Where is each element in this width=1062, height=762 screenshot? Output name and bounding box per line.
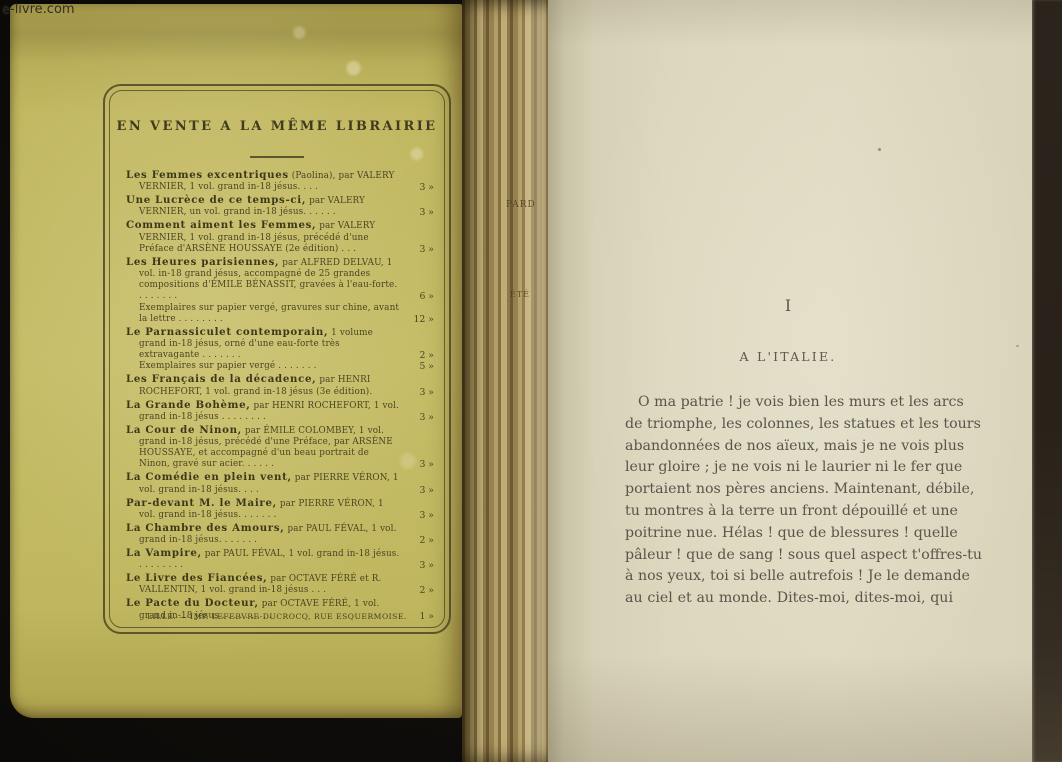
catalog-entry-text: La Chambre des Amours, par PAUL FÉVAL, 1… (126, 523, 400, 546)
catalog-entry-title: La Comédie en plein vent, (126, 471, 292, 483)
paragraph-line: O ma patrie ! je vois bien les murs et l… (625, 392, 953, 414)
paragraph-line: poitrine nue. Hélas ! que de blessures !… (625, 523, 953, 545)
catalog-entry-title: Comment aiment les Femmes, (126, 219, 316, 231)
catalog-entry-price: 3 » (419, 387, 434, 398)
catalog-entry-price: 3 » (419, 485, 434, 496)
paragraph-line: à nos yeux, toi si belle autrefois ! Je … (625, 566, 953, 588)
paragraph-line: au ciel et au monde. Dites-moi, dites-mo… (625, 588, 953, 610)
catalog-entry-main: Les Heures parisiennes, par ALFRED DELVA… (126, 257, 434, 303)
catalog-entry-sub-price: 5 » (419, 361, 434, 372)
catalog-entry-title: La Cour de Ninon, (126, 424, 242, 436)
left-cover-page: EN VENTE A LA MÊME LIBRAIRIE Les Femmes … (10, 4, 462, 718)
catalog-entry-title: La Grande Bohème, (126, 399, 251, 411)
catalog-entry-subline: Exemplaires sur papier vergé, gravures s… (126, 303, 434, 325)
catalog-entry-price: 3 » (419, 510, 434, 521)
catalog-entry: Les Femmes excentriques (Paolina), par V… (126, 170, 434, 193)
catalog-entry-text: Le Parnassiculet contemporain, 1 volume … (126, 327, 400, 362)
catalog-frame-outer: EN VENTE A LA MÊME LIBRAIRIE Les Femmes … (103, 84, 451, 634)
page-block-edge (1032, 0, 1062, 762)
catalog-entry-main: La Chambre des Amours, par PAUL FÉVAL, 1… (126, 523, 434, 546)
book-photo: EN VENTE A LA MÊME LIBRAIRIE Les Femmes … (0, 0, 1062, 762)
catalog-entry-main: Le Livre des Fiancées, par OCTAVE FÉRÉ e… (126, 573, 434, 596)
paragraph-line: leur gloire ; je ne vois ni le laurier n… (625, 457, 953, 479)
catalog-entry-sub-text: Exemplaires sur papier vergé, gravures s… (139, 303, 399, 324)
catalog-entry-text: Comment aiment les Femmes, par VALERY VE… (126, 220, 400, 255)
catalog-entry-main: Comment aiment les Femmes, par VALERY VE… (126, 220, 434, 255)
header-divider (250, 156, 304, 158)
catalog-entry-price: 3 » (419, 207, 434, 218)
paragraph-line: portaient nos pères anciens. Maintenant,… (625, 479, 953, 501)
catalog-entry-text: La Comédie en plein vent, par PIERRE VÉR… (126, 472, 400, 495)
watermark-label: e-livre.com (2, 2, 75, 17)
catalog-entry: La Vampire, par PAUL FÉVAL, 1 vol. grand… (126, 548, 434, 571)
catalog-entry-text: Les Français de la décadence, par HENRI … (126, 374, 400, 397)
catalog-entry: Comment aiment les Femmes, par VALERY VE… (126, 220, 434, 255)
spine-text-fragment: PARD (506, 200, 536, 210)
catalog-entry-title: Les Heures parisiennes, (126, 256, 279, 268)
catalog-entry-text: Les Femmes excentriques (Paolina), par V… (126, 170, 400, 193)
printer-imprint: LILLE. — IMP. LEFEBVRE-DUCROCQ, RUE ESQU… (110, 612, 444, 621)
catalog-entry-title: Le Pacte du Docteur, (126, 597, 259, 609)
catalog-header: EN VENTE A LA MÊME LIBRAIRIE (110, 119, 444, 134)
catalog-entry-title: Les Femmes excentriques (126, 169, 289, 181)
catalog-entry-text: Par-devant M. le Maire, par PIERRE VÉRON… (126, 498, 400, 521)
catalog-entry-price: 3 » (419, 182, 434, 193)
catalog-entry-main: Par-devant M. le Maire, par PIERRE VÉRON… (126, 498, 434, 521)
catalog-entry: Les Français de la décadence, par HENRI … (126, 374, 434, 397)
catalog-entry-title: Le Parnassiculet contemporain, (126, 326, 328, 338)
catalog-entry-text: Une Lucrèce de ce temps-ci, par VALERY V… (126, 195, 400, 218)
section-title: A L'ITALIE. (623, 349, 953, 364)
spine-text-fragment: ÉTÉ (510, 290, 530, 299)
catalog-entry-text: La Vampire, par PAUL FÉVAL, 1 vol. grand… (126, 548, 400, 571)
catalog-entry-main: Les Femmes excentriques (Paolina), par V… (126, 170, 434, 193)
catalog-entry-price: 3 » (419, 459, 434, 470)
paper-speck (1016, 345, 1019, 347)
catalog-entry: Les Heures parisiennes, par ALFRED DELVA… (126, 257, 434, 325)
catalog-entry-title: La Vampire, (126, 547, 202, 559)
catalog-entry-subline: Exemplaires sur papier vergé . . . . . .… (126, 361, 434, 372)
catalog-entry-text: La Grande Bohème, par HENRI ROCHEFORT, 1… (126, 400, 400, 423)
catalog-entry-main: Le Parnassiculet contemporain, 1 volume … (126, 327, 434, 362)
catalog-entry-text: Les Heures parisiennes, par ALFRED DELVA… (126, 257, 400, 303)
catalog-entry-title: La Chambre des Amours, (126, 522, 285, 534)
catalog-entry-price: 3 » (419, 412, 434, 423)
catalog-entry-title: Le Livre des Fiancées, (126, 572, 267, 584)
catalog-entry: La Grande Bohème, par HENRI ROCHEFORT, 1… (126, 400, 434, 423)
catalog-entry-main: La Grande Bohème, par HENRI ROCHEFORT, 1… (126, 400, 434, 423)
catalog-entry-title: Par-devant M. le Maire, (126, 497, 277, 509)
catalog-entry-price: 3 » (419, 244, 434, 255)
catalog-entry: La Comédie en plein vent, par PIERRE VÉR… (126, 472, 434, 495)
catalog-entry-price: 2 » (419, 585, 434, 596)
catalog-entry: Une Lucrèce de ce temps-ci, par VALERY V… (126, 195, 434, 218)
catalog-entry: La Chambre des Amours, par PAUL FÉVAL, 1… (126, 523, 434, 546)
catalog-frame-inner: EN VENTE A LA MÊME LIBRAIRIE Les Femmes … (109, 90, 445, 628)
catalog-entry-main: La Vampire, par PAUL FÉVAL, 1 vol. grand… (126, 548, 434, 571)
catalog-entry-main: Les Français de la décadence, par HENRI … (126, 374, 434, 397)
paragraph-line: pâleur ! que de sang ! sous quel aspect … (625, 545, 953, 567)
catalog-entry: Le Livre des Fiancées, par OCTAVE FÉRÉ e… (126, 573, 434, 596)
catalog-entry-main: Une Lucrèce de ce temps-ci, par VALERY V… (126, 195, 434, 218)
catalog-entry-sub-price: 12 » (414, 314, 434, 325)
catalog-entry: Par-devant M. le Maire, par PIERRE VÉRON… (126, 498, 434, 521)
catalog-entry-main: La Comédie en plein vent, par PIERRE VÉR… (126, 472, 434, 495)
catalog-entry-text: La Cour de Ninon, par ÉMILE COLOMBEY, 1 … (126, 425, 400, 471)
catalog-entry: Le Parnassiculet contemporain, 1 volume … (126, 327, 434, 373)
catalog-entry-sub-text: Exemplaires sur papier vergé . . . . . .… (139, 361, 317, 371)
catalog-entry-text: Le Livre des Fiancées, par OCTAVE FÉRÉ e… (126, 573, 400, 596)
catalog-entry-main: La Cour de Ninon, par ÉMILE COLOMBEY, 1 … (126, 425, 434, 471)
paragraph-line: tu montres à la terre un front dépouillé… (625, 501, 953, 523)
catalog-entry-price: 3 » (419, 560, 434, 571)
paper-speck (878, 148, 881, 151)
right-text-page: I A L'ITALIE. O ma patrie ! je vois bien… (548, 0, 1032, 762)
catalog-entry-title: Les Français de la décadence, (126, 373, 316, 385)
catalog-entry-price: 2 » (419, 350, 434, 361)
catalog-entry-price: 2 » (419, 535, 434, 546)
paragraph-line: de triomphe, les colonnes, les statues e… (625, 414, 953, 436)
book-spine-gutter: PARD ÉTÉ (462, 0, 548, 762)
catalog-entry-title: Une Lucrèce de ce temps-ci, (126, 194, 306, 206)
chapter-number: I (623, 296, 953, 315)
catalog-list: Les Femmes excentriques (Paolina), par V… (126, 170, 434, 622)
catalog-entry-price: 6 » (419, 291, 434, 302)
body-paragraph: O ma patrie ! je vois bien les murs et l… (625, 392, 953, 610)
paragraph-line: abandonnées de nos aïeux, mais je ne voi… (625, 436, 953, 458)
catalog-entry: La Cour de Ninon, par ÉMILE COLOMBEY, 1 … (126, 425, 434, 471)
